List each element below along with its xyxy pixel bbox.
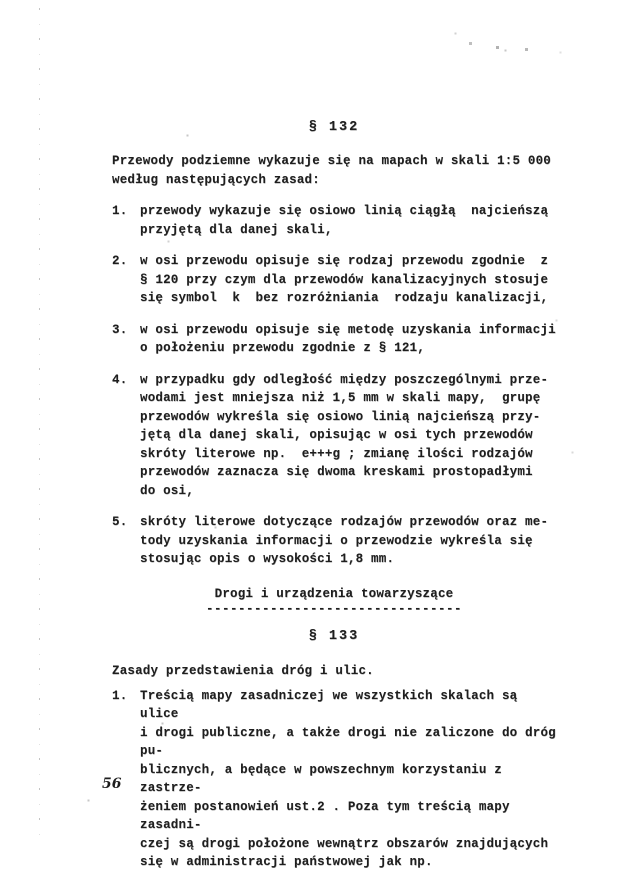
scanned-document-page: § 132 Przewody podziemne wykazuje się na… <box>0 0 633 894</box>
list-item-5: 5. skróty literowe dotyczące rodzajów pr… <box>112 513 556 569</box>
list-item-number: 5. <box>112 513 140 569</box>
list-item-number: 2. <box>112 252 140 308</box>
roads-subheading-underline: -------------------------------- <box>112 603 556 615</box>
document-content: § 132 Przewody podziemne wykazuje się na… <box>112 118 556 872</box>
scan-edge-artifact <box>39 8 40 843</box>
list-item-text: przewody wykazuje się osiowo linią ciągł… <box>140 202 556 239</box>
roads-list-item-1: 1. Treścią mapy zasadniczej we wszystkic… <box>112 687 556 872</box>
list-item-number: 3. <box>112 321 140 358</box>
section-133-lead: Zasady przedstawienia dróg i ulic. <box>112 662 556 681</box>
roads-subheading: Drogi i urządzenia towarzyszące <box>112 585 556 604</box>
page-number: 56 <box>102 776 121 792</box>
list-item-1: 1. przewody wykazuje się osiowo linią ci… <box>112 202 556 239</box>
list-item-3: 3. w osi przewodu opisuje się metodę uzy… <box>112 321 556 358</box>
list-item-number: 1. <box>112 202 140 239</box>
scan-speckles <box>0 0 1 1</box>
section-132-heading: § 132 <box>112 118 556 138</box>
list-item-text: w przypadku gdy odległość między poszcze… <box>140 371 556 501</box>
list-item-text: w osi przewodu opisuje się rodzaj przewo… <box>140 252 556 308</box>
section-132-intro: Przewody podziemne wykazuje się na mapac… <box>112 152 556 189</box>
list-item-number: 4. <box>112 371 140 501</box>
roads-subheading-block: Drogi i urządzenia towarzyszące --------… <box>112 585 556 616</box>
list-item-text: w osi przewodu opisuje się metodę uzyska… <box>140 321 556 358</box>
list-item-4: 4. w przypadku gdy odległość między posz… <box>112 371 556 501</box>
list-item-2: 2. w osi przewodu opisuje się rodzaj prz… <box>112 252 556 308</box>
list-item-text: skróty literowe dotyczące rodzajów przew… <box>140 513 556 569</box>
section-133-heading: § 133 <box>112 627 556 647</box>
list-item-text: Treścią mapy zasadniczej we wszystkich s… <box>140 687 556 872</box>
